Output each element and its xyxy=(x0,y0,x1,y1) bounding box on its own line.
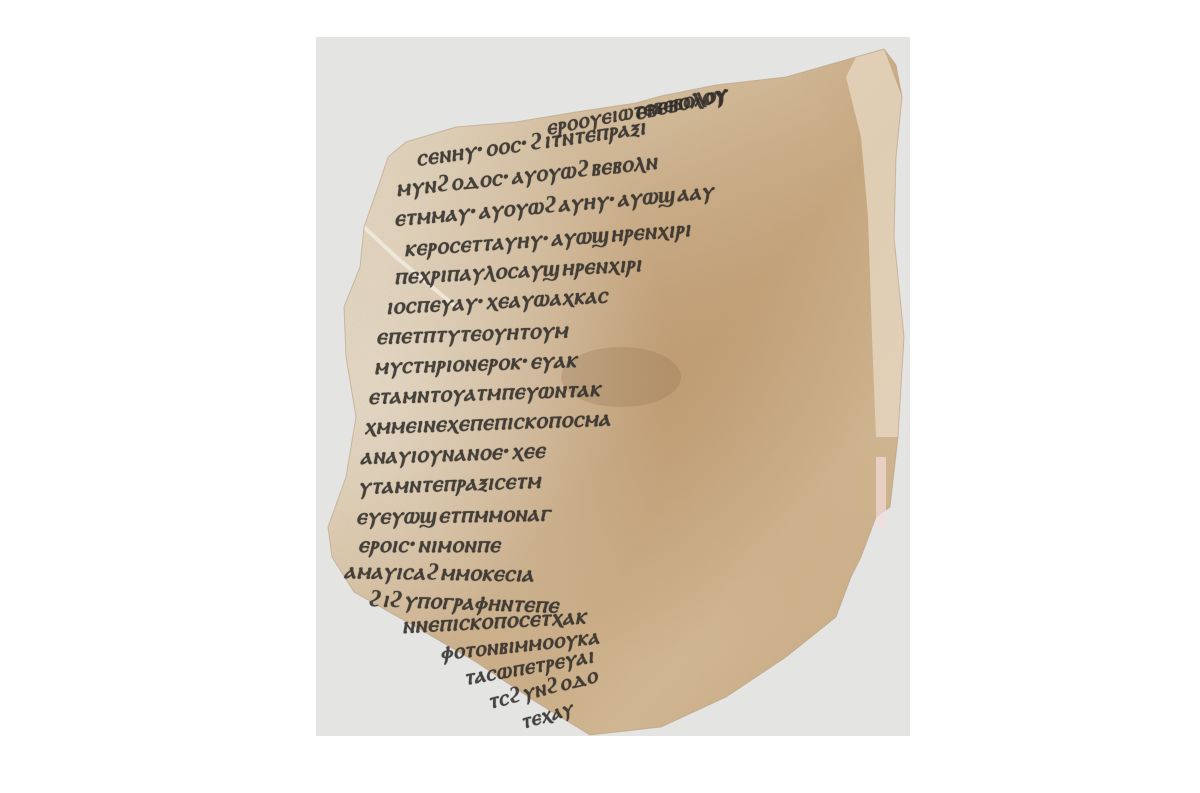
ostracon-fragment xyxy=(316,37,910,736)
label-remnant xyxy=(876,457,886,527)
photo-panel: ⲉⲃⲉⲃⲟⲗⲟⲩ ⲉⲣⲟⲟⲩⲉⲓⲱⲧⲉⲃⲉⲃⲟⲗⲟⲩ ⲥⲉⲛⲏⲩ·ⲟⲟⲥ·ϩⲓⲧ… xyxy=(316,37,910,736)
